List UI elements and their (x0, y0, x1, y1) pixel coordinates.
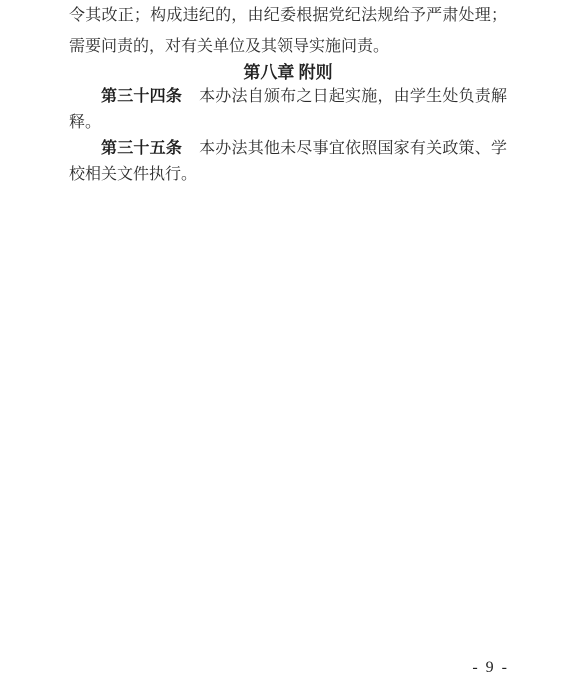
document-page: 令其改正；构成违纪的，由纪委根据党纪法规给予严肃处理；需要问责的，对有关单位及其… (0, 0, 568, 691)
article-35-label: 第三十五条 (101, 140, 182, 157)
continuation-paragraph: 令其改正；构成违纪的，由纪委根据党纪法规给予严肃处理；需要问责的，对有关单位及其… (69, 0, 507, 62)
article-34-label: 第三十四条 (101, 88, 182, 105)
chapter-heading: 第八章 附则 (69, 62, 507, 84)
article-35: 第三十五条本办法其他未尽事宜依照国家有关政策、学校相关文件执行。 (69, 136, 507, 188)
page-number: - 9 - (472, 659, 509, 677)
article-34: 第三十四条本办法自颁布之日起实施，由学生处负责解释。 (69, 84, 507, 136)
document-content: 令其改正；构成违纪的，由纪委根据党纪法规给予严肃处理；需要问责的，对有关单位及其… (69, 0, 507, 188)
